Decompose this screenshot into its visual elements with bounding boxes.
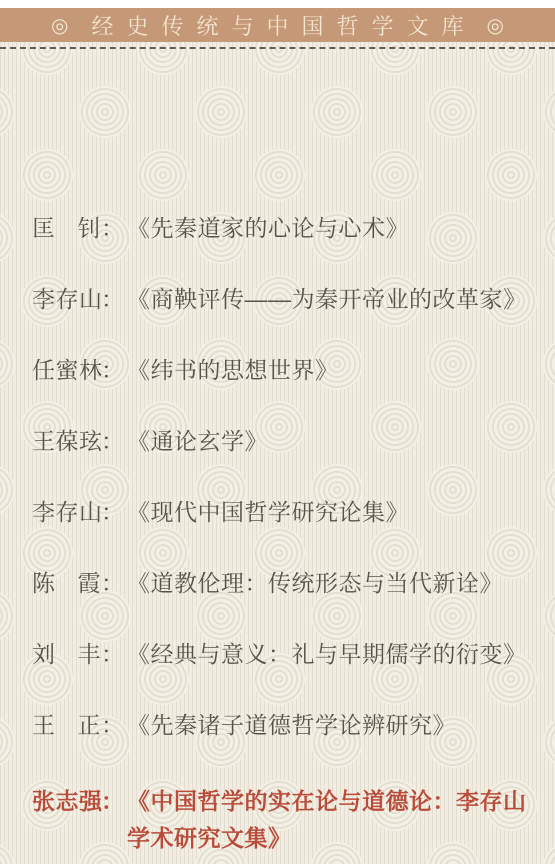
colon-separator: ： (101, 357, 127, 384)
colon-separator: ： (101, 570, 127, 597)
book-title: 《先秦诸子道德哲学论辨研究》 (127, 712, 531, 739)
series-title: 经史传统与中国哲学文库 (78, 10, 476, 41)
book-list: 匡钊 ： 《先秦道家的心论与心术》 李存山 ： 《商鞅评传——为秦开帝业的改革家… (0, 215, 555, 857)
double-circle-ornament-icon: ◎ (487, 13, 504, 38)
author-name: 王正 (32, 712, 101, 739)
colon-separator: ： (101, 428, 127, 455)
double-circle-ornament-icon: ◎ (51, 13, 68, 38)
book-row: 李存山 ： 《现代中国哲学研究论集》 (32, 499, 531, 526)
author-name: 王葆玹 (32, 428, 101, 455)
author-name: 任蜜林 (32, 357, 101, 384)
colon-separator: ： (101, 783, 127, 820)
book-title: 《商鞅评传——为秦开帝业的改革家》 (127, 286, 531, 313)
book-row: 刘丰 ： 《经典与意义：礼与早期儒学的衍变》 (32, 641, 531, 668)
author-name: 刘丰 (32, 641, 101, 668)
series-banner: ◎ 经史传统与中国哲学文库 ◎ (0, 8, 555, 42)
book-title: 《通论玄学》 (127, 428, 531, 455)
author-name: 张志强 (32, 783, 101, 820)
book-title: 《现代中国哲学研究论集》 (127, 499, 531, 526)
book-title: 《经典与意义：礼与早期儒学的衍变》 (127, 641, 531, 668)
book-row: 陈霞 ： 《道教伦理：传统形态与当代新诠》 (32, 570, 531, 597)
book-row: 任蜜林 ： 《纬书的思想世界》 (32, 357, 531, 384)
book-title: 《纬书的思想世界》 (127, 357, 531, 384)
colon-separator: ： (101, 712, 127, 739)
colon-separator: ： (101, 499, 127, 526)
author-name: 陈霞 (32, 570, 101, 597)
dashed-divider (0, 47, 555, 49)
book-title: 《先秦道家的心论与心术》 (127, 215, 531, 242)
book-row: 李存山 ： 《商鞅评传——为秦开帝业的改革家》 (32, 286, 531, 313)
author-name: 李存山 (32, 499, 101, 526)
book-title: 《中国哲学的实在论与道德论：李存山学术研究文集》 (127, 783, 531, 857)
book-row-highlighted: 张志强 ： 《中国哲学的实在论与道德论：李存山学术研究文集》 (32, 783, 531, 857)
author-name: 李存山 (32, 286, 101, 313)
colon-separator: ： (101, 641, 127, 668)
author-name: 匡钊 (32, 215, 101, 242)
book-row: 王正 ： 《先秦诸子道德哲学论辨研究》 (32, 712, 531, 739)
book-row: 匡钊 ： 《先秦道家的心论与心术》 (32, 215, 531, 242)
book-page: ◎ 经史传统与中国哲学文库 ◎ 匡钊 ： 《先秦道家的心论与心术》 李存山 ： … (0, 8, 555, 864)
book-title: 《道教伦理：传统形态与当代新诠》 (127, 570, 531, 597)
colon-separator: ： (101, 215, 127, 242)
book-row: 王葆玹 ： 《通论玄学》 (32, 428, 531, 455)
colon-separator: ： (101, 286, 127, 313)
